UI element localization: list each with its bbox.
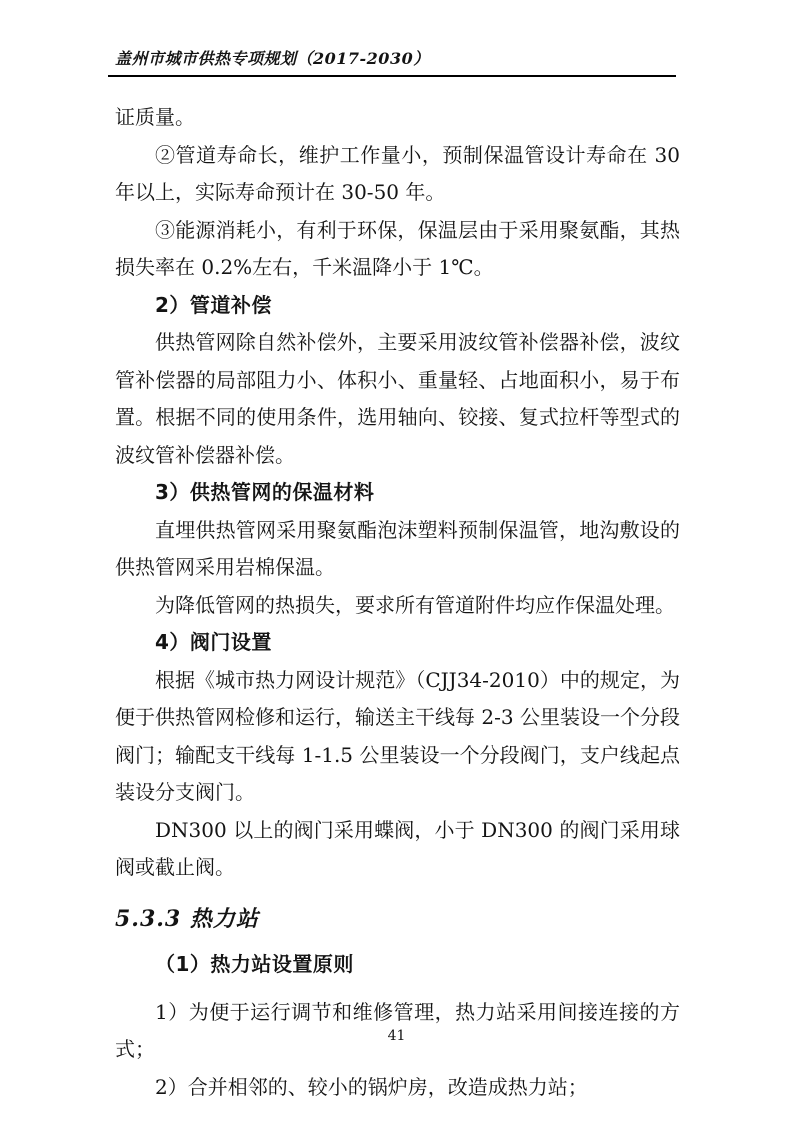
sub-heading-valve-setting: 4）阀门设置 bbox=[115, 624, 680, 662]
list-item-2: 2）合并相邻的、较小的锅炉房，改造成热力站； bbox=[115, 1069, 680, 1107]
paragraph-pipe-lifespan: ②管道寿命长，维护工作量小，预制保温管设计寿命在 30 年以上，实际寿命预计在 … bbox=[115, 137, 680, 212]
paragraph-energy-consumption: ③能源消耗小，有利于环保，保温层由于采用聚氨酯，其热损失率在 0.2%左右，千米… bbox=[115, 212, 680, 287]
document-page: 盖州市城市供热专项规划（2017-2030） 证质量。 ②管道寿命长，维护工作量… bbox=[0, 0, 793, 1122]
sub-heading-insulation-material: 3）供热管网的保温材料 bbox=[115, 474, 680, 512]
paragraph-valve-spacing: 根据《城市热力网设计规范》（CJJ34-2010）中的规定，为便于供热管网检修和… bbox=[115, 662, 680, 812]
page-number: 41 bbox=[388, 1028, 406, 1044]
page-header: 盖州市城市供热专项规划（2017-2030） bbox=[108, 46, 676, 77]
document-title: 盖州市城市供热专项规划（2017-2030） bbox=[108, 46, 676, 69]
sub-heading-station-principles: （1）热力站设置原则 bbox=[115, 946, 680, 984]
section-heading-5-3-3: 5.3.3 热力站 bbox=[115, 901, 680, 939]
paragraph-continuation: 证质量。 bbox=[115, 99, 680, 137]
paragraph-compensator: 供热管网除自然补偿外，主要采用波纹管补偿器补偿，波纹管补偿器的局部阻力小、体积小… bbox=[115, 324, 680, 474]
paragraph-heat-loss-reduction: 为降低管网的热损失，要求所有管道附件均应作保温处理。 bbox=[115, 587, 680, 625]
page-footer: 41 bbox=[0, 1028, 793, 1044]
paragraph-valve-type: DN300 以上的阀门采用蝶阀，小于 DN300 的阀门采用球阀或截止阀。 bbox=[115, 812, 680, 887]
paragraph-buried-pipe-insulation: 直埋供热管网采用聚氨酯泡沫塑料预制保温管，地沟敷设的供热管网采用岩棉保温。 bbox=[115, 512, 680, 587]
document-body: 证质量。 ②管道寿命长，维护工作量小，预制保温管设计寿命在 30 年以上，实际寿… bbox=[115, 99, 680, 1106]
sub-heading-pipe-compensation: 2）管道补偿 bbox=[115, 287, 680, 325]
